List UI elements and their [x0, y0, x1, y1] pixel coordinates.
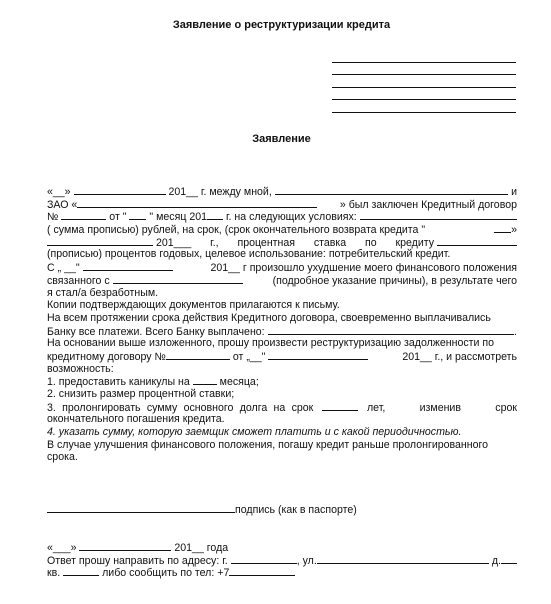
text: «__» [47, 186, 71, 199]
text: Копии подтверждающих документов прилагаю… [47, 299, 340, 312]
footer: «___» 201__ года Ответ прошу направить п… [47, 541, 517, 579]
text: На основании выше изложенного, прошу про… [47, 337, 494, 350]
contract-day-blank[interactable] [129, 210, 146, 220]
body-line: № от " " месяц 201 г. на следующих услов… [47, 210, 517, 223]
addressee-block [332, 50, 516, 113]
text: , ул. [297, 555, 317, 568]
sign-date-blank[interactable] [79, 541, 171, 551]
text: На всем протяжении срока действия Кредит… [47, 312, 491, 325]
body-line: кредитному договору № от „__" 201__ г., … [47, 350, 517, 363]
text: я стал/а безработным. [47, 287, 158, 300]
text: от " [109, 211, 126, 224]
street-blank[interactable] [317, 554, 489, 564]
text: «___» [47, 542, 76, 555]
repay-day-blank[interactable] [494, 223, 511, 233]
prolong-years-blank[interactable] [322, 401, 358, 411]
text: окончательного погашения кредита. [47, 413, 225, 426]
body-line: (прописью) процентов годовых, целевое ис… [47, 248, 517, 261]
text: 201__ г., и рассмотреть [371, 351, 517, 364]
signature-row: подпись (как в паспорте) [47, 503, 357, 516]
addressee-line[interactable] [332, 50, 516, 63]
amount-blank[interactable] [360, 210, 517, 220]
body-line: ЗАО « » был заключен Кредитный договор [47, 198, 517, 211]
signature-label: подпись (как в паспорте) [235, 504, 357, 516]
footer-line: «___» 201__ года [47, 541, 517, 554]
text: кв. [47, 567, 60, 580]
body-line: 4. указать сумму, которую заемщик сможет… [47, 426, 517, 439]
holiday-months-blank[interactable] [193, 375, 217, 385]
applicant-name-blank[interactable] [275, 185, 508, 195]
house-blank[interactable] [501, 554, 517, 564]
text: " месяц 201 [149, 211, 207, 224]
text: № [47, 211, 58, 224]
addressee-line[interactable] [332, 75, 516, 88]
city-blank[interactable] [231, 554, 297, 564]
body-line: окончательного погашения кредита. [47, 413, 517, 426]
paid-total-blank[interactable] [268, 325, 514, 335]
body-line: Копии подтверждающих документов прилагаю… [47, 299, 517, 312]
body-line: 1. предоставить каникулы на месяца; [47, 375, 517, 388]
footer-line: Ответ прошу направить по адресу: г. , ул… [47, 554, 517, 567]
body-line: Банку все платежи. Всего Банку выплачено… [47, 325, 517, 338]
body-line: связанного с (подробное указание причины… [47, 274, 517, 287]
body-line: В случае улучшения финансового положения… [47, 439, 517, 452]
apartment-blank[interactable] [63, 566, 99, 576]
contract-number-blank-2[interactable] [166, 350, 230, 360]
document-subtitle: Заявление [0, 133, 551, 145]
text: С „ __" [47, 262, 80, 275]
bank-name-blank[interactable] [77, 198, 317, 208]
contract-number-blank[interactable] [61, 210, 106, 220]
interest-rate-blank[interactable] [437, 236, 517, 246]
body-line: «__» 201__ г. между мной, и [47, 185, 517, 198]
body-line: С „ __" 201__ г произошло ухудшение моег… [47, 261, 517, 274]
text: . [514, 326, 517, 339]
text: 201__ года [174, 542, 228, 555]
text: д. [492, 555, 501, 568]
text: 2. снизить размер процентной ставки; [47, 388, 234, 401]
contract-year-blank[interactable] [207, 210, 223, 220]
text: срока. [47, 451, 78, 464]
text: и [511, 186, 517, 199]
body-line: я стал/а безработным. [47, 287, 517, 300]
body-line: ( сумма прописью) рублей, на срок, (срок… [47, 223, 517, 236]
text: (прописью) процентов годовых, целевое ис… [47, 248, 450, 261]
addressee-line[interactable] [332, 63, 516, 76]
date-month-blank[interactable] [74, 185, 166, 195]
body-line: возможность: [47, 363, 517, 376]
text: от „__" [233, 351, 266, 364]
text: лет, изменив срок [367, 402, 517, 415]
body-line: На основании выше изложенного, прошу про… [47, 337, 517, 350]
body-line: срока. [47, 451, 517, 464]
hardship-date-blank[interactable] [83, 261, 173, 271]
text: (подробное указание причины), в результа… [246, 275, 517, 288]
body-line: 3. пролонгировать сумму основного долга … [47, 401, 517, 414]
body-line: 2. снизить размер процентной ставки; [47, 388, 517, 401]
body-line: 201___ г., процентная ставка по кредиту [47, 236, 517, 249]
text: 4. указать сумму, которую заемщик сможет… [47, 426, 461, 439]
document-body: «__» 201__ г. между мной, и ЗАО « » был … [47, 185, 517, 464]
contract-date-blank[interactable] [268, 350, 368, 360]
signature-blank[interactable] [47, 503, 235, 513]
document-title: Заявление о реструктуризации кредита [0, 19, 551, 31]
repay-month-blank[interactable] [47, 236, 153, 246]
body-line: На всем протяжении срока действия Кредит… [47, 312, 517, 325]
text: либо сообщить по тел: +7 [102, 567, 229, 580]
reason-blank[interactable] [113, 274, 243, 284]
text: г. на следующих условиях: [226, 211, 357, 224]
addressee-line[interactable] [332, 100, 516, 113]
addressee-line[interactable] [332, 88, 516, 101]
footer-line: кв. либо сообщить по тел: +7 [47, 566, 517, 579]
text: возможность: [47, 363, 114, 376]
text: В случае улучшения финансового положения… [47, 439, 488, 452]
phone-blank[interactable] [229, 566, 295, 576]
